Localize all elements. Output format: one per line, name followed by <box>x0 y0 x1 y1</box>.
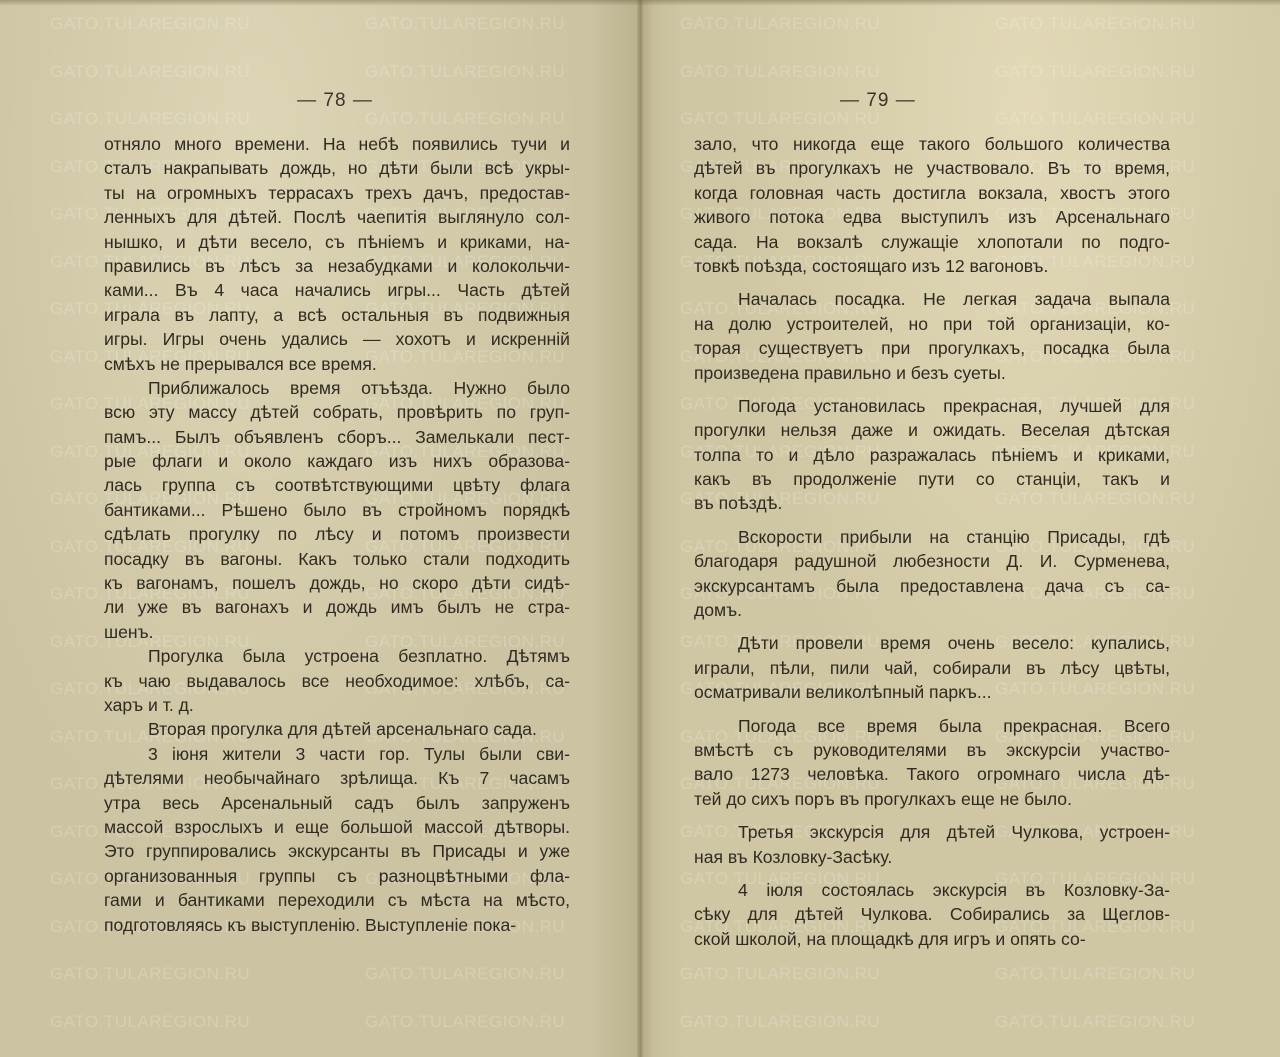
text-line: вало 1273 человѣка. Такого огромнаго чис… <box>694 762 1170 786</box>
text-line: всю эту массу дѣтей собрать, провѣрить п… <box>104 400 570 424</box>
right-page: GATO.TULAREGION.RUGATO.TULAREGION.RUGATO… <box>640 0 1280 1057</box>
text-line: подготовляясь къ выступленію. Выступлені… <box>104 913 570 937</box>
book-spread: GATO.TULAREGION.RUGATO.TULAREGION.RUGATO… <box>0 0 1280 1057</box>
watermark-text: GATO.TULAREGION.RU <box>365 109 565 129</box>
page-edge-shadow <box>0 0 640 6</box>
text-line: играли, пѣли, пили чай, собирали въ лѣсу… <box>694 656 1170 680</box>
paragraph: Погода все время была прекрасная. Всегов… <box>694 714 1170 812</box>
paragraph: 4 іюля состоялась экскурсія въ Козловку-… <box>694 878 1170 951</box>
text-line: Прогулка была устроена безплатно. Дѣтямъ <box>104 644 570 668</box>
text-line: Вторая прогулка для дѣтей арсенальнаго с… <box>104 717 570 741</box>
watermark-text: GATO.TULAREGION.RU <box>995 14 1195 34</box>
text-line: ты на огромныхъ террасахъ трехъ дачъ, пр… <box>104 181 570 205</box>
paragraph: Вскорости прибыли на станцію Присады, гд… <box>694 525 1170 623</box>
watermark-text: GATO.TULAREGION.RU <box>680 964 880 984</box>
text-line: толпа то и дѣло разражалась пѣніемъ и кр… <box>694 443 1170 467</box>
watermark-text: GATO.TULAREGION.RU <box>365 1012 565 1032</box>
paragraph: Приближалось время отъѣзда. Нужно быловс… <box>104 376 570 644</box>
text-line: Дѣти провели время очень весело: купалис… <box>694 631 1170 655</box>
text-line: шенъ. <box>104 620 570 644</box>
text-line: 3 іюня жители 3 части гор. Тулы были сви… <box>104 742 570 766</box>
text-line: къ чаю выдавалось все необходимое: хлѣбъ… <box>104 669 570 693</box>
text-line: дѣтей въ прогулкахъ не участвовало. Въ т… <box>694 156 1170 180</box>
watermark-text: GATO.TULAREGION.RU <box>995 1012 1195 1032</box>
page-number: — 78 — <box>0 90 640 112</box>
text-line: благодаря радушной любезности Д. И. Сурм… <box>694 549 1170 573</box>
text-line: правились въ лѣсъ за незабудками и колок… <box>104 254 570 278</box>
watermark-text: GATO.TULAREGION.RU <box>680 14 880 34</box>
paragraph: Дѣти провели время очень весело: купалис… <box>694 631 1170 704</box>
watermark-text: GATO.TULAREGION.RU <box>365 964 565 984</box>
watermark-text: GATO.TULAREGION.RU <box>365 14 565 34</box>
text-line: сѣку для дѣтей Чулкова. Собирались за Ще… <box>694 902 1170 926</box>
text-line: нышко, и дѣти весело, съ пѣніемъ и крика… <box>104 230 570 254</box>
text-line: когда головная часть достигла вокзала, х… <box>694 181 1170 205</box>
watermark-text: GATO.TULAREGION.RU <box>365 62 565 82</box>
text-line: вмѣстѣ съ руководителями въ экскурсіи уч… <box>694 738 1170 762</box>
text-line: сталъ накрапывать дождь, но дѣти были вс… <box>104 156 570 180</box>
paragraph: Вторая прогулка для дѣтей арсенальнаго с… <box>104 717 570 741</box>
text-line: организованныя группы съ разноцвѣтными ф… <box>104 864 570 888</box>
text-line: ленныхъ для дѣтей. Послѣ чаепитія выглян… <box>104 205 570 229</box>
paragraph: отняло много времени. На небѣ появились … <box>104 132 570 376</box>
text-line: отняло много времени. На небѣ появились … <box>104 132 570 156</box>
text-line: харъ и т. д. <box>104 693 570 717</box>
watermark-text: GATO.TULAREGION.RU <box>680 109 880 129</box>
text-line: рые флаги и около каждаго изъ нихъ образ… <box>104 449 570 473</box>
paragraph: зало, что никогда еще такого большого ко… <box>694 132 1170 278</box>
left-page: GATO.TULAREGION.RUGATO.TULAREGION.RUGATO… <box>0 0 640 1057</box>
watermark-text: GATO.TULAREGION.RU <box>50 109 250 129</box>
text-line: посадку въ вагоны. Какъ только стали под… <box>104 547 570 571</box>
paragraph: Началась посадка. Не легкая задача выпал… <box>694 287 1170 385</box>
body-text: отняло много времени. На небѣ появились … <box>104 132 570 937</box>
page-edge-shadow <box>640 0 1280 6</box>
text-line: 4 іюля состоялась экскурсія въ Козловку-… <box>694 878 1170 902</box>
text-line: массой взрослыхъ и еще большой массой дѣ… <box>104 815 570 839</box>
watermark-text: GATO.TULAREGION.RU <box>50 14 250 34</box>
body-text: зало, что никогда еще такого большого ко… <box>694 132 1170 951</box>
text-line: Началась посадка. Не легкая задача выпал… <box>694 287 1170 311</box>
watermark-text: GATO.TULAREGION.RU <box>995 109 1195 129</box>
text-line: Приближалось время отъѣзда. Нужно было <box>104 376 570 400</box>
paragraph: Прогулка была устроена безплатно. Дѣтямъ… <box>104 644 570 717</box>
paragraph: 3 іюня жители 3 части гор. Тулы были сви… <box>104 742 570 937</box>
watermark-text: GATO.TULAREGION.RU <box>680 62 880 82</box>
text-line: домъ. <box>694 598 1170 622</box>
page-number: — 79 — <box>640 90 1280 112</box>
watermark-text: GATO.TULAREGION.RU <box>50 1012 250 1032</box>
text-line: утра весь Арсенальный садъ былъ запружен… <box>104 791 570 815</box>
text-line: ской школой, на площадкѣ для игръ и опят… <box>694 927 1170 951</box>
text-line: игры. Игры очень удались — хохотъ и искр… <box>104 327 570 351</box>
text-line: ная въ Козловку-Засѣку. <box>694 845 1170 869</box>
text-line: прогулки нельзя даже и ожидать. Веселая … <box>694 418 1170 442</box>
text-line: экскурсантамъ была предоставлена дача съ… <box>694 574 1170 598</box>
text-line: играла въ лапту, а всѣ остальныя въ подв… <box>104 303 570 327</box>
text-line: смѣхъ не прерывался все время. <box>104 352 570 376</box>
text-line: къ вагонамъ, пошелъ дождь, но скоро дѣти… <box>104 571 570 595</box>
text-line: ли уже въ вагонахъ и дождь имъ былъ не с… <box>104 595 570 619</box>
watermark-text: GATO.TULAREGION.RU <box>50 62 250 82</box>
text-line: осматривали великолѣпный паркъ... <box>694 680 1170 704</box>
text-line: дѣтелями необычайнаго зрѣлища. Къ 7 часа… <box>104 766 570 790</box>
watermark-text: GATO.TULAREGION.RU <box>680 1012 880 1032</box>
text-line: бантиками... Рѣшено было въ стройномъ по… <box>104 498 570 522</box>
book-gutter <box>637 0 643 1057</box>
watermark-text: GATO.TULAREGION.RU <box>995 964 1195 984</box>
text-line: Это группировались экскурсанты въ Присад… <box>104 839 570 863</box>
text-line: какъ въ продолженіе пути со станціи, так… <box>694 467 1170 491</box>
watermark-text: GATO.TULAREGION.RU <box>50 964 250 984</box>
text-line: ками... Въ 4 часа начались игры... Часть… <box>104 278 570 302</box>
text-line: торая существуетъ при прогулкахъ, посадк… <box>694 336 1170 360</box>
text-line: живого потока едва выступилъ изъ Арсенал… <box>694 205 1170 229</box>
text-line: Погода установилась прекрасная, лучшей д… <box>694 394 1170 418</box>
paragraph: Погода установилась прекрасная, лучшей д… <box>694 394 1170 516</box>
text-line: въ поѣздѣ. <box>694 491 1170 515</box>
text-line: на долю устроителей, но при той организа… <box>694 312 1170 336</box>
text-line: Погода все время была прекрасная. Всего <box>694 714 1170 738</box>
text-line: произведена правильно и безъ суеты. <box>694 361 1170 385</box>
text-line: лась группа съ соотвѣтствующими цвѣту фл… <box>104 473 570 497</box>
text-line: сдѣлать прогулку по лѣсу и потомъ произв… <box>104 522 570 546</box>
watermark-text: GATO.TULAREGION.RU <box>995 62 1195 82</box>
text-line: памъ... Былъ объявленъ сборъ... Замелька… <box>104 425 570 449</box>
paragraph: Третья экскурсія для дѣтей Чулкова, устр… <box>694 820 1170 869</box>
text-line: товкѣ поѣзда, состоящаго изъ 12 вагоновъ… <box>694 254 1170 278</box>
text-line: тей до сихъ поръ въ прогулкахъ еще не бы… <box>694 787 1170 811</box>
text-line: Третья экскурсія для дѣтей Чулкова, устр… <box>694 820 1170 844</box>
text-line: Вскорости прибыли на станцію Присады, гд… <box>694 525 1170 549</box>
text-line: сада. На вокзалѣ служащіе хлопотали по п… <box>694 230 1170 254</box>
text-line: гами и бантиками переходили съ мѣста на … <box>104 888 570 912</box>
text-line: зало, что никогда еще такого большого ко… <box>694 132 1170 156</box>
